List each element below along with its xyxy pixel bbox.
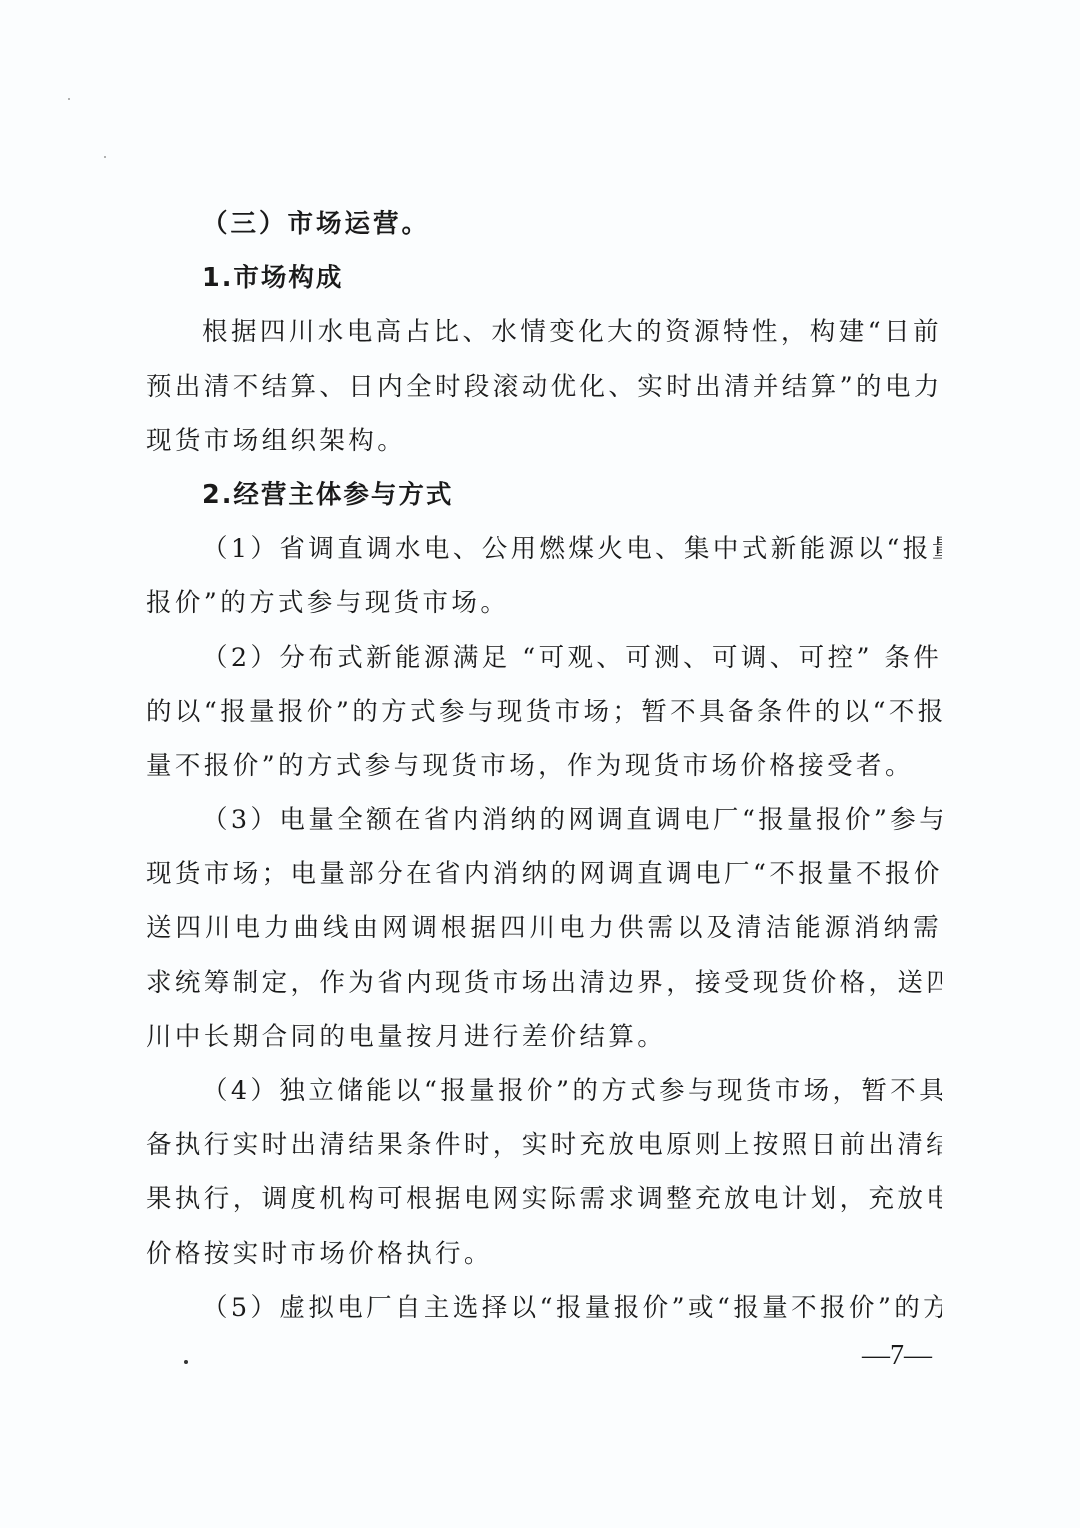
paragraph-line: 果执行，调度机构可根据电网实际需求调整充放电计划，充放电 [146, 1172, 942, 1226]
paragraph-line: 报价”的方式参与现货市场。 [146, 576, 942, 630]
paragraph-line: 价格按实时市场价格执行。 [146, 1227, 942, 1281]
paragraph-item-4: （4）独立储能以“报量报价”的方式参与现货市场，暂不具 备执行实时出清结果条件时… [146, 1064, 942, 1281]
subsection-title-participation: 2.经营主体参与方式 [146, 468, 942, 522]
document-page: （三）市场运营。 1.市场构成 根据四川水电高占比、水情变化大的资源特性，构建“… [0, 0, 1080, 1528]
paragraph-line: 送四川电力曲线由网调根据四川电力供需以及清洁能源消纳需 [146, 901, 942, 955]
section-heading: （三）市场运营。 [146, 197, 942, 251]
scan-dot-mark [184, 1360, 188, 1364]
paragraph-line: 川中长期合同的电量按月进行差价结算。 [146, 1010, 942, 1064]
document-body: （三）市场运营。 1.市场构成 根据四川水电高占比、水情变化大的资源特性，构建“… [146, 197, 942, 1335]
paragraph-line: （2）分布式新能源满足 “可观、可测、可调、可控” 条件 [146, 631, 942, 685]
paragraph-item-3: （3）电量全额在省内消纳的网调直调电厂“报量报价”参与 现货市场；电量部分在省内… [146, 793, 942, 1064]
paragraph-line: 量不报价”的方式参与现货市场，作为现货市场价格接受者。 [146, 739, 942, 793]
paragraph-market-composition: 根据四川水电高占比、水情变化大的资源特性，构建“日前 预出清不结算、日内全时段滚… [146, 305, 942, 468]
scan-speck [104, 156, 106, 158]
page-number: —7— [862, 1340, 932, 1372]
paragraph-line: （5）虚拟电厂自主选择以“报量报价”或“报量不报价”的方 [146, 1281, 942, 1335]
paragraph-item-2: （2）分布式新能源满足 “可观、可测、可调、可控” 条件 的以“报量报价”的方式… [146, 631, 942, 794]
paragraph-line: 的以“报量报价”的方式参与现货市场；暂不具备条件的以“不报 [146, 685, 942, 739]
paragraph-line: 根据四川水电高占比、水情变化大的资源特性，构建“日前 [146, 305, 942, 359]
paragraph-line: 现货市场；电量部分在省内消纳的网调直调电厂“不报量不报价”， [146, 847, 942, 901]
subsection-title-market-composition: 1.市场构成 [146, 251, 942, 305]
paragraph-line: 预出清不结算、日内全时段滚动优化、实时出清并结算”的电力 [146, 360, 942, 414]
paragraph-item-5: （5）虚拟电厂自主选择以“报量报价”或“报量不报价”的方 [146, 1281, 942, 1335]
scan-speck [68, 98, 70, 100]
paragraph-line: （4）独立储能以“报量报价”的方式参与现货市场，暂不具 [146, 1064, 942, 1118]
paragraph-line: （3）电量全额在省内消纳的网调直调电厂“报量报价”参与 [146, 793, 942, 847]
paragraph-line: 备执行实时出清结果条件时，实时充放电原则上按照日前出清结 [146, 1118, 942, 1172]
paragraph-line: 求统筹制定，作为省内现货市场出清边界，接受现货价格，送四 [146, 956, 942, 1010]
paragraph-line: （1）省调直调水电、公用燃煤火电、集中式新能源以“报量 [146, 522, 942, 576]
paragraph-item-1: （1）省调直调水电、公用燃煤火电、集中式新能源以“报量 报价”的方式参与现货市场… [146, 522, 942, 630]
paragraph-line: 现货市场组织架构。 [146, 414, 942, 468]
